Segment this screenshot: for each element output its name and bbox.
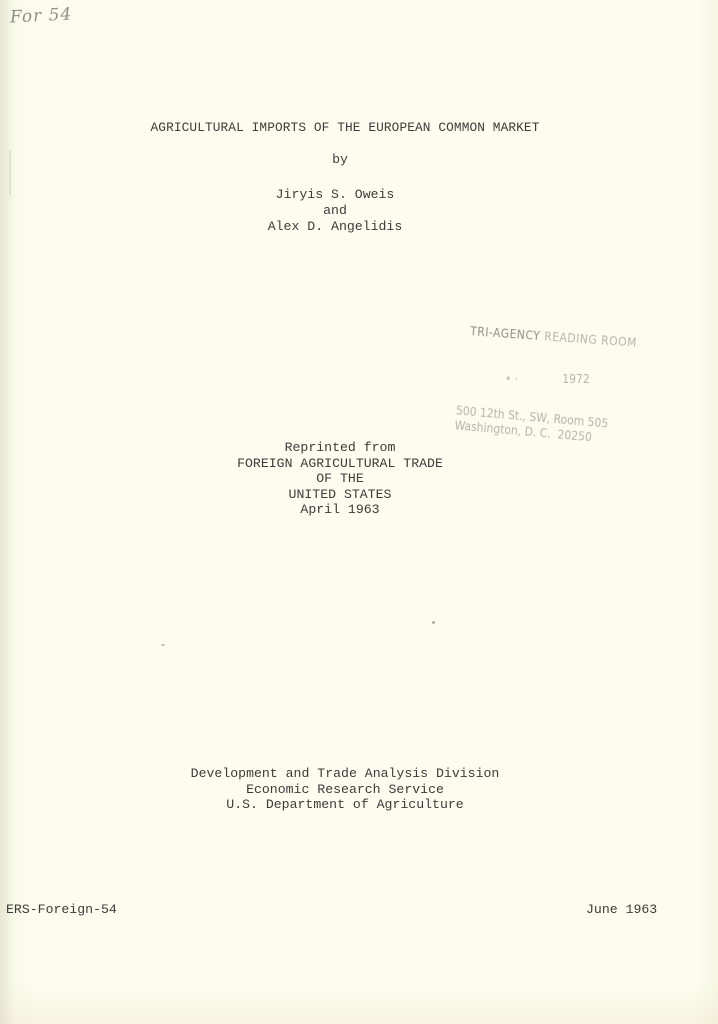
- organization-block: Development and Trade Analysis Division …: [150, 766, 540, 813]
- division-name: Development and Trade Analysis Division: [150, 766, 540, 782]
- handwritten-note: For 54: [10, 4, 73, 27]
- reprint-label: Reprinted from: [220, 440, 460, 456]
- stamp-faded-mark: • ·: [505, 372, 518, 386]
- author-1: Jiryis S. Oweis: [240, 187, 430, 203]
- reprint-date: April 1963: [220, 502, 460, 518]
- library-stamp-line-2: • ·1972: [505, 372, 590, 386]
- library-stamp-line-1: TRI-AGENCY READING ROOM: [470, 324, 638, 350]
- stamp-year: 1972: [562, 372, 589, 386]
- document-title: AGRICULTURAL IMPORTS OF THE EUROPEAN COM…: [120, 120, 570, 136]
- document-page: For 54 AGRICULTURAL IMPORTS OF THE EUROP…: [0, 0, 718, 1024]
- reprint-publication-line-2: OF THE: [220, 471, 460, 487]
- reprint-publication-line-1: FOREIGN AGRICULTURAL TRADE: [220, 456, 460, 472]
- reprint-source-block: Reprinted from FOREIGN AGRICULTURAL TRAD…: [220, 440, 460, 518]
- byline-label: by: [300, 152, 380, 168]
- reprint-publication-line-3: UNITED STATES: [220, 487, 460, 503]
- paper-speck: [161, 644, 165, 646]
- author-2: Alex D. Angelidis: [240, 219, 430, 235]
- department-name: U.S. Department of Agriculture: [150, 797, 540, 813]
- paper-speck: [432, 621, 435, 624]
- author-conjunction: and: [240, 203, 430, 219]
- stamp-agency: TRI-AGENCY: [470, 324, 541, 343]
- margin-mark: [9, 150, 11, 195]
- service-name: Economic Research Service: [150, 782, 540, 798]
- report-number: ERS-Foreign-54: [6, 902, 117, 917]
- report-date: June 1963: [586, 902, 657, 917]
- stamp-room: READING ROOM: [540, 329, 638, 350]
- library-stamp-address: 500 12th St., SW, Room 505Washington, D.…: [454, 403, 609, 446]
